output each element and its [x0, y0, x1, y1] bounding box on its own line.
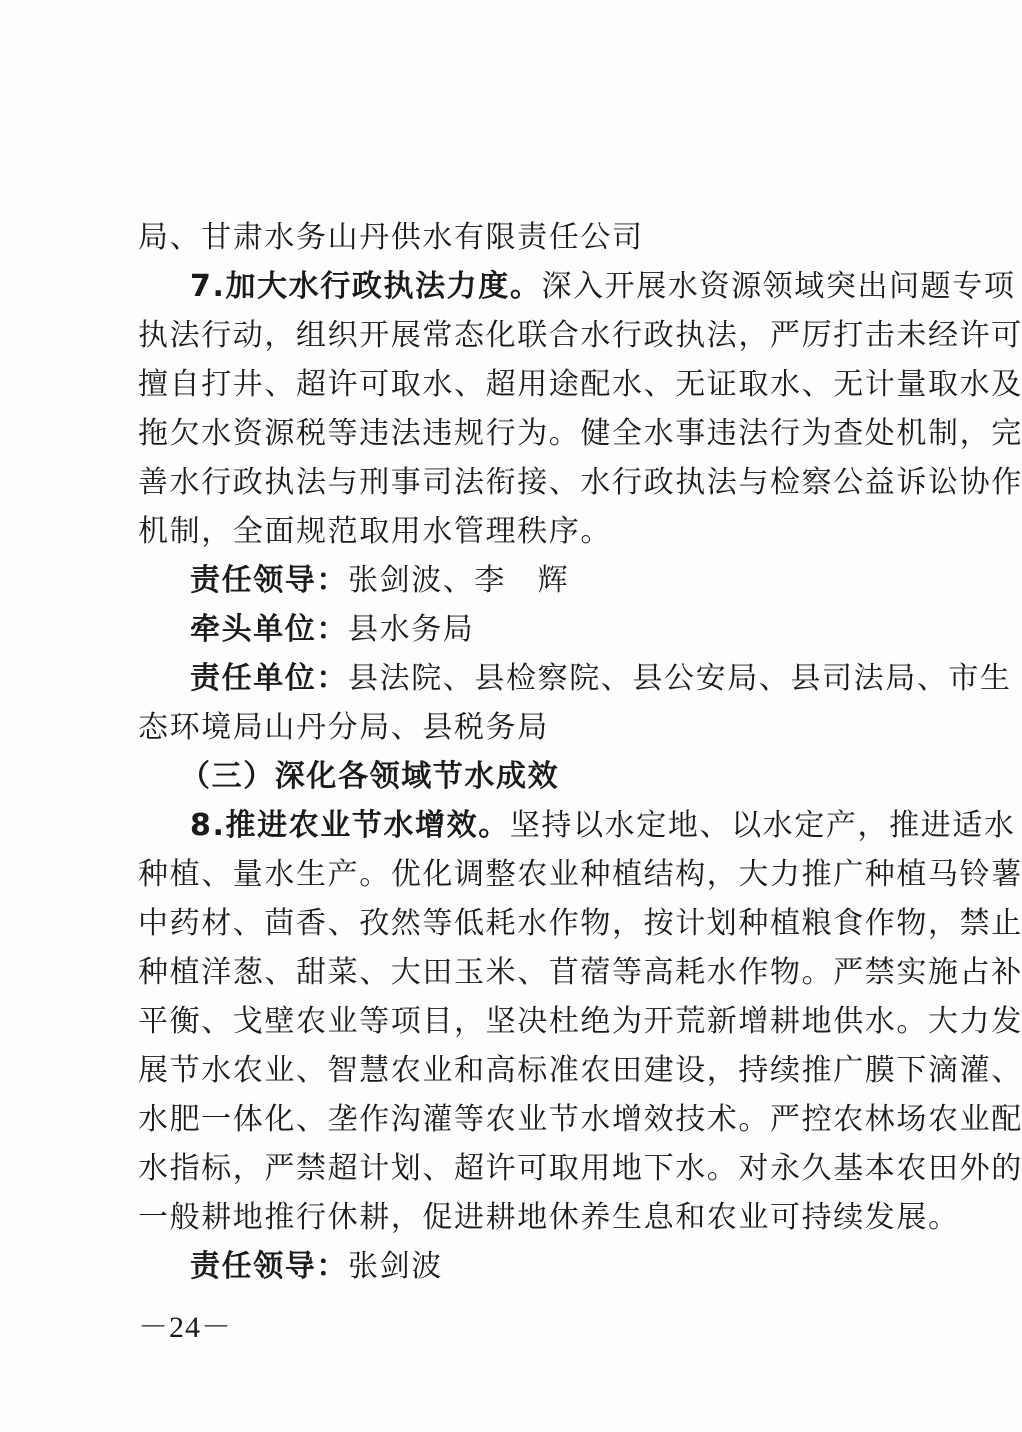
paragraph-line: 种植、量水生产。优化调整农业种植结构，大力推广种植马铃薯、 [138, 855, 874, 895]
section-8-title: 8.推进农业节水增效。 [190, 808, 510, 843]
lead-unit-line: 牵头单位：县水务局 [190, 610, 874, 650]
paragraph-line: 种植洋葱、甜菜、大田玉米、苜蓿等高耗水作物。严禁实施占补 [138, 953, 874, 993]
section-7-title: 7.加大水行政执法力度。 [190, 269, 541, 304]
line-text: 深入开展水资源领域突出问题专项 [541, 269, 1015, 304]
subsection-3-heading: （三）深化各领域节水成效 [180, 757, 916, 797]
paragraph-line: 善水行政执法与刑事司法衔接、水行政执法与检察公益诉讼协作 [138, 463, 874, 503]
line-text: 坚持以水定地、以水定产，推进适水 [510, 808, 1016, 843]
line-text: 擅自打井、超许可取水、超用途配水、无证取水、无计量取水及 [138, 367, 1022, 402]
line-text: 水指标，严禁超计划、超许可取用地下水。对永久基本农田外的 [138, 1151, 1022, 1186]
paragraph-line: 拖欠水资源税等违法违规行为。健全水事违法行为查处机制，完 [138, 414, 874, 454]
line-text: 机制，全面规范取用水管理秩序。 [138, 514, 612, 549]
responsible-leader-value: 张剑波 [348, 1249, 443, 1284]
line-text: 善水行政执法与刑事司法衔接、水行政执法与检察公益诉讼协作 [138, 465, 1022, 500]
responsible-units-label: 责任单位： [190, 661, 348, 696]
responsible-leader-value: 张剑波、李 辉 [348, 563, 569, 598]
paragraph-line: 擅自打井、超许可取水、超用途配水、无证取水、无计量取水及 [138, 365, 874, 405]
line-text: 局、甘肃水务山丹供水有限责任公司 [138, 220, 644, 255]
lead-unit-value: 县水务局 [348, 612, 474, 647]
line-text: 执法行动，组织开展常态化联合水行政执法，严厉打击未经许可 [138, 318, 1022, 353]
section-8-heading-line: 8.推进农业节水增效。坚持以水定地、以水定产，推进适水 [190, 806, 874, 846]
responsible-units-value: 县法院、县检察院、县公安局、县司法局、市生 [348, 661, 1012, 696]
paragraph-line: 水肥一体化、垄作沟灌等农业节水增效技术。严控农林场农业配 [138, 1100, 874, 1140]
responsible-units-line: 责任单位：县法院、县检察院、县公安局、县司法局、市生 [190, 659, 874, 699]
line-text: 态环境局山丹分局、县税务局 [138, 710, 549, 745]
paragraph-line: 机制，全面规范取用水管理秩序。 [138, 512, 874, 552]
line-text: 展节水农业、智慧农业和高标准农田建设，持续推广膜下滴灌、 [138, 1053, 1022, 1088]
paragraph-line: 局、甘肃水务山丹供水有限责任公司 [138, 218, 874, 258]
paragraph-line: 态环境局山丹分局、县税务局 [138, 708, 874, 748]
responsible-leader-line: 责任领导：张剑波 [190, 1247, 874, 1287]
subsection-3-title: （三）深化各领域节水成效 [180, 759, 559, 794]
lead-unit-label: 牵头单位： [190, 612, 348, 647]
paragraph-line: 一般耕地推行休耕，促进耕地休养生息和农业可持续发展。 [138, 1198, 874, 1238]
responsible-leader-line: 责任领导：张剑波、李 辉 [190, 561, 874, 601]
paragraph-line: 执法行动，组织开展常态化联合水行政执法，严厉打击未经许可 [138, 316, 874, 356]
paragraph-line: 中药材、茴香、孜然等低耗水作物，按计划种植粮食作物，禁止 [138, 904, 874, 944]
page-number: －24－ [138, 1308, 232, 1348]
line-text: 水肥一体化、垄作沟灌等农业节水增效技术。严控农林场农业配 [138, 1102, 1022, 1137]
section-7-heading-line: 7.加大水行政执法力度。深入开展水资源领域突出问题专项 [190, 267, 874, 307]
paragraph-line: 平衡、戈壁农业等项目，坚决杜绝为开荒新增耕地供水。大力发 [138, 1002, 874, 1042]
paragraph-line: 水指标，严禁超计划、超许可取用地下水。对永久基本农田外的 [138, 1149, 874, 1189]
document-page: 局、甘肃水务山丹供水有限责任公司 7.加大水行政执法力度。深入开展水资源领域突出… [0, 0, 1022, 1432]
responsible-leader-label: 责任领导： [190, 1249, 348, 1284]
line-text: 中药材、茴香、孜然等低耗水作物，按计划种植粮食作物，禁止 [138, 906, 1022, 941]
line-text: 一般耕地推行休耕，促进耕地休养生息和农业可持续发展。 [138, 1200, 960, 1235]
line-text: 种植洋葱、甜菜、大田玉米、苜蓿等高耗水作物。严禁实施占补 [138, 955, 1022, 990]
line-text: 平衡、戈壁农业等项目，坚决杜绝为开荒新增耕地供水。大力发 [138, 1004, 1022, 1039]
paragraph-line: 展节水农业、智慧农业和高标准农田建设，持续推广膜下滴灌、 [138, 1051, 874, 1091]
line-text: 种植、量水生产。优化调整农业种植结构，大力推广种植马铃薯、 [138, 857, 1022, 892]
line-text: 拖欠水资源税等违法违规行为。健全水事违法行为查处机制，完 [138, 416, 1022, 451]
responsible-leader-label: 责任领导： [190, 563, 348, 598]
